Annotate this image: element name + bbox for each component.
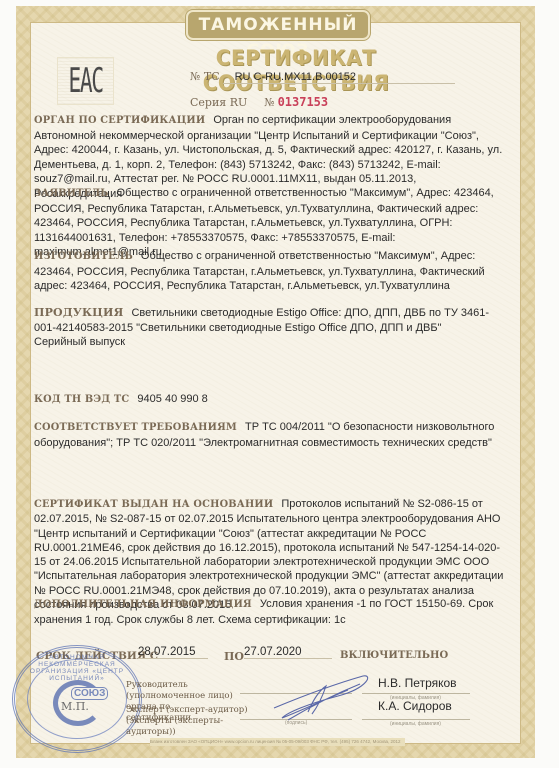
stamp-ring-text: АВТОНОМНАЯ НЕКОММЕРЧЕСКАЯ ОРГАНИЗАЦИЯ «Ц… — [15, 654, 139, 682]
customs-union-banner: ТАМОЖЕННЫЙ СОЮЗ — [186, 10, 370, 40]
section-additional-info: ДОПОЛНИТЕЛЬНАЯ ИНФОРМАЦИЯУсловия хранени… — [34, 597, 504, 627]
basis-text: Протоколов испытаний № S2-086-15 от 02.0… — [34, 498, 503, 611]
section-product: ПРОДУКЦИЯСветильники светодиодные Estigo… — [34, 306, 504, 350]
series-label: Серия RU — [190, 96, 247, 109]
section-hs-code: КОД ТН ВЭД ТС9405 40 990 8 — [34, 392, 504, 408]
tc-number: RU C-RU.MX11.B.00152 — [223, 71, 455, 84]
validity-from-date: 28.07.2015 — [138, 646, 208, 659]
certification-stamp: АВТОНОМНАЯ НЕКОММЕРЧЕСКАЯ ОРГАНИЗАЦИЯ «Ц… — [12, 645, 142, 753]
certification-body-label: ОРГАН ПО СЕРТИФИКАЦИИ — [34, 115, 205, 126]
additional-info-label: ДОПОЛНИТЕЛЬНАЯ ИНФОРМАЦИЯ — [34, 599, 252, 610]
eac-mark-icon: ЕАС — [68, 58, 102, 104]
requirements-label: СООТВЕТСТВУЕТ ТРЕБОВАНИЯМ — [34, 422, 237, 433]
stamp-place-label: М.П. — [61, 700, 89, 713]
expert-initials-caption: (инициалы, фамилия) — [390, 721, 441, 727]
manufacturer-label: ИЗГОТОВИТЕЛЬ — [34, 251, 133, 262]
tc-label: № ТС — [190, 70, 220, 83]
section-manufacturer: ИЗГОТОВИТЕЛЬОбщество с ограниченной отве… — [34, 249, 504, 294]
head-name: Н.В. Петряков — [378, 676, 457, 690]
expert-name-line — [362, 719, 470, 720]
product-label: ПРОДУКЦИЯ — [34, 306, 123, 319]
head-name-line — [362, 693, 470, 694]
validity-to-label: ПО — [224, 650, 244, 663]
series-no-label: № — [264, 96, 274, 109]
expert-signatory-label: Эксперт (эксперт-аудитор) (эксперты (экс… — [126, 705, 256, 738]
section-basis: СЕРТИФИКАТ ВЫДАН НА ОСНОВАНИИПротоколов … — [34, 497, 504, 612]
tc-number-row: № ТС RU C-RU.MX11.B.00152 — [190, 70, 455, 84]
product-release-type: Серийный выпуск — [34, 335, 504, 350]
series-number: 0137153 — [278, 95, 329, 109]
validity-to-date: 27.07.2020 — [244, 646, 332, 659]
validity-inclusive: ВКЛЮЧИТЕЛЬНО — [340, 650, 448, 661]
stamp-center-text: СОЮЗ — [71, 687, 108, 700]
eac-logo: ЕАС — [57, 57, 114, 105]
footer-microprint: Бланк изготовлен ЗАО «ОПЦИОН» www.opcion… — [150, 738, 405, 746]
section-requirements: СООТВЕТСТВУЕТ ТРЕБОВАНИЯМТР ТС 004/2011 … — [34, 420, 504, 450]
applicant-label: ЗАЯВИТЕЛЬ — [34, 188, 109, 199]
expert-name: К.А. Сидоров — [378, 699, 452, 713]
hs-code-label: КОД ТН ВЭД ТС — [34, 394, 129, 405]
hs-code-value: 9405 40 990 8 — [137, 393, 207, 405]
basis-label: СЕРТИФИКАТ ВЫДАН НА ОСНОВАНИИ — [34, 499, 273, 510]
series-row: Серия RU № 0137153 — [190, 95, 328, 109]
